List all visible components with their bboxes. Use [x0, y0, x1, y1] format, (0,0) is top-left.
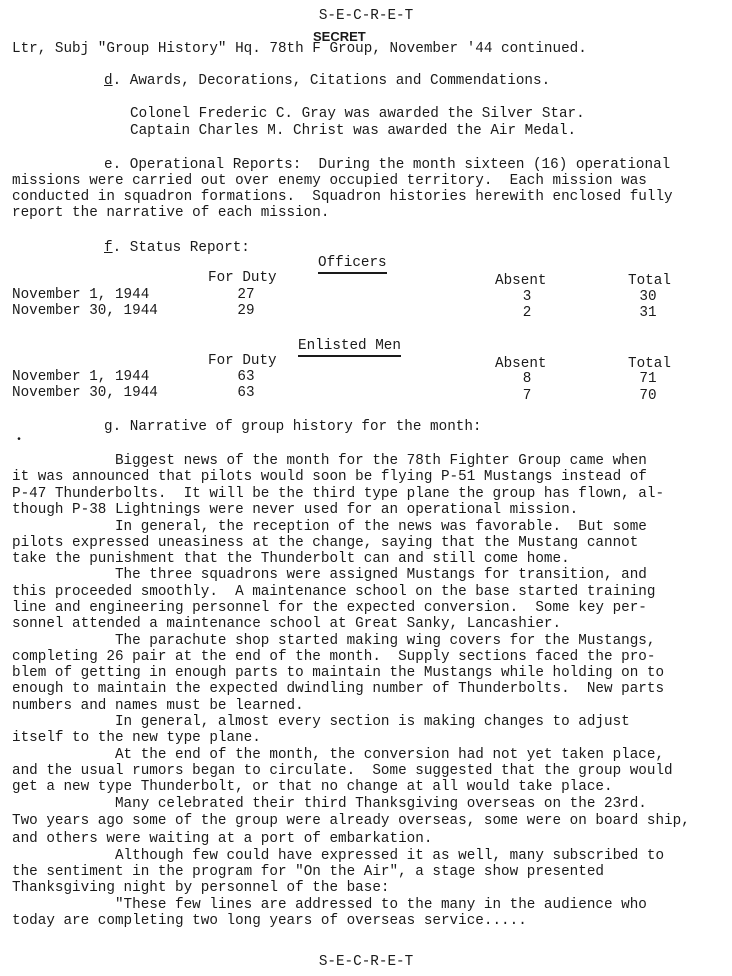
- narrative-line: Two years ago some of the group were alr…: [12, 813, 690, 830]
- cell-total: 31: [618, 305, 678, 322]
- cell-for-duty: 63: [216, 385, 276, 402]
- narrative-line: The parachute shop started making wing c…: [12, 633, 655, 650]
- section-g-heading: g. Narrative of group history for the mo…: [104, 419, 482, 436]
- row-date: November 1, 1944: [12, 287, 149, 304]
- narrative-line: it was announced that pilots would soon …: [12, 469, 647, 486]
- narrative-line: the sentiment in the program for "On the…: [12, 864, 604, 881]
- narrative-line: though P-38 Lightnings were never used f…: [12, 502, 578, 519]
- narrative-line: this proceeded smoothly. A maintenance s…: [12, 584, 655, 601]
- section-e-line: conducted in squadron formations. Squadr…: [12, 189, 673, 206]
- narrative-line: The three squadrons were assigned Mustan…: [12, 567, 647, 584]
- section-d-title: . Awards, Decorations, Citations and Com…: [113, 73, 551, 89]
- narrative-line: pilots expressed uneasiness at the chang…: [12, 535, 638, 552]
- section-d-letter: d: [104, 73, 113, 89]
- stray-mark: •: [16, 432, 22, 449]
- award-item: Colonel Frederic C. Gray was awarded the…: [130, 106, 585, 123]
- section-f-title: . Status Report:: [113, 240, 250, 256]
- row-date: November 30, 1944: [12, 303, 158, 320]
- narrative-line: Although few could have expressed it as …: [12, 848, 664, 865]
- section-e-line: report the narrative of each mission.: [12, 205, 329, 222]
- section-g-letter: g: [104, 419, 113, 435]
- section-d-heading: d. Awards, Decorations, Citations and Co…: [104, 73, 550, 90]
- enlisted-table-title: Enlisted Men: [298, 338, 401, 357]
- narrative-line: and others were waiting at a port of emb…: [12, 831, 432, 848]
- col-header-total: Total: [628, 273, 671, 290]
- narrative-line: take the punishment that the Thunderbolt…: [12, 551, 570, 568]
- narrative-line: today are completing two long years of o…: [12, 913, 527, 930]
- classification-bottom: S-E-C-R-E-T: [0, 954, 732, 971]
- section-e-line: e. Operational Reports: During the month…: [104, 157, 670, 174]
- officers-table-title: Officers: [318, 255, 387, 274]
- narrative-line: itself to the new type plane.: [12, 730, 261, 747]
- cell-absent: 7: [497, 388, 557, 405]
- row-date: November 1, 1944: [12, 369, 149, 386]
- narrative-line: Biggest news of the month for the 78th F…: [12, 453, 647, 470]
- col-header-for-duty: For Duty: [208, 270, 277, 287]
- narrative-line: and the usual rumors began to circulate.…: [12, 763, 673, 780]
- narrative-line: Many celebrated their third Thanksgiving…: [12, 796, 647, 813]
- narrative-line: At the end of the month, the conversion …: [12, 747, 664, 764]
- row-date: November 30, 1944: [12, 385, 158, 402]
- narrative-line: P-47 Thunderbolts. It will be the third …: [12, 486, 664, 503]
- cell-for-duty: 63: [216, 369, 276, 386]
- cell-absent: 2: [497, 305, 557, 322]
- narrative-line: In general, the reception of the news wa…: [12, 519, 647, 536]
- section-f-letter: f: [104, 240, 113, 256]
- narrative-line: line and engineering personnel for the e…: [12, 600, 647, 617]
- col-header-absent: Absent: [495, 273, 546, 290]
- cell-total: 70: [618, 388, 678, 405]
- narrative-line: numbers and names must be learned.: [12, 698, 304, 715]
- cell-for-duty: 27: [216, 287, 276, 304]
- subject-line: Ltr, Subj "Group History" Hq. 78th F Gro…: [12, 41, 587, 58]
- narrative-line: "These few lines are addressed to the ma…: [12, 897, 647, 914]
- narrative-line: get a new type Thunderbolt, or that no c…: [12, 779, 613, 796]
- cell-absent: 3: [497, 289, 557, 306]
- col-header-for-duty: For Duty: [208, 353, 277, 370]
- narrative-line: blem of getting in enough parts to maint…: [12, 665, 664, 682]
- narrative-line: In general, almost every section is maki…: [12, 714, 630, 731]
- narrative-line: Thanksgiving night by personnel of the b…: [12, 880, 390, 897]
- narrative-line: completing 26 pair at the end of the mon…: [12, 649, 655, 666]
- award-item: Captain Charles M. Christ was awarded th…: [130, 123, 576, 140]
- narrative-line: enough to maintain the expected dwindlin…: [12, 681, 664, 698]
- classification-top: S-E-C-R-E-T: [0, 8, 732, 25]
- cell-total: 30: [618, 289, 678, 306]
- narrative-line: sonnel attended a maintenance school at …: [12, 616, 561, 633]
- section-g-title: . Narrative of group history for the mon…: [113, 419, 482, 435]
- cell-total: 71: [618, 371, 678, 388]
- cell-for-duty: 29: [216, 303, 276, 320]
- section-f-heading: f. Status Report:: [104, 240, 250, 257]
- section-e-line: missions were carried out over enemy occ…: [12, 173, 647, 190]
- cell-absent: 8: [497, 371, 557, 388]
